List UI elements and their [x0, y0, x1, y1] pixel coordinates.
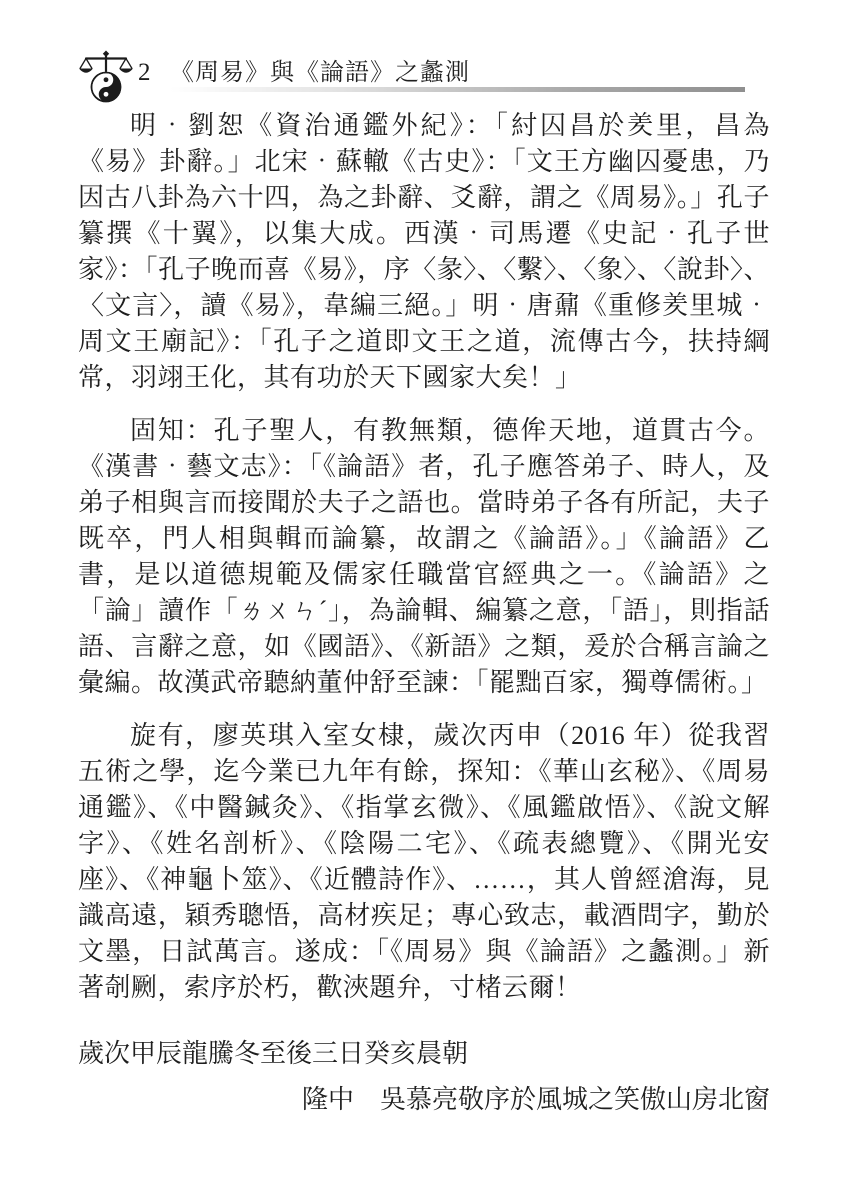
running-title: 《周易》與《論語》之蠡測	[170, 58, 470, 88]
paragraph-lunyu-origins: 固知：孔子聖人，有教無類，德侔天地，道貫古今。《漢書‧藝文志》：「《論語》者，孔…	[78, 413, 770, 701]
page-number: 2	[138, 58, 151, 88]
paragraph-disciple-preface: 旋有，廖英琪入室女棣，歲次丙申（2016 年）從我習五術之學，迄今業已九年有餘，…	[78, 718, 770, 1006]
page-body: 明‧劉恕《資治通鑑外紀》：「紂囚昌於羑里，昌為《易》卦辭。」北宋‧蘇轍《古史》：…	[78, 108, 770, 1118]
signature-line: 隆中 吳慕亮敬序於風城之笑傲山房北窗	[78, 1082, 770, 1118]
date-line: 歲次甲辰龍騰冬至後三日癸亥晨朝	[78, 1036, 770, 1072]
book-page: 2 《周易》與《論語》之蠡測 明‧劉恕《資治通鑑外紀》：「紂囚昌於羑里，昌為《易…	[0, 0, 847, 1200]
page-header: 2 《周易》與《論語》之蠡測	[78, 50, 770, 108]
scale-yinyang-icon	[78, 50, 134, 104]
paragraph-zhouyi-origins: 明‧劉恕《資治通鑑外紀》：「紂囚昌於羑里，昌為《易》卦辭。」北宋‧蘇轍《古史》：…	[78, 108, 770, 396]
